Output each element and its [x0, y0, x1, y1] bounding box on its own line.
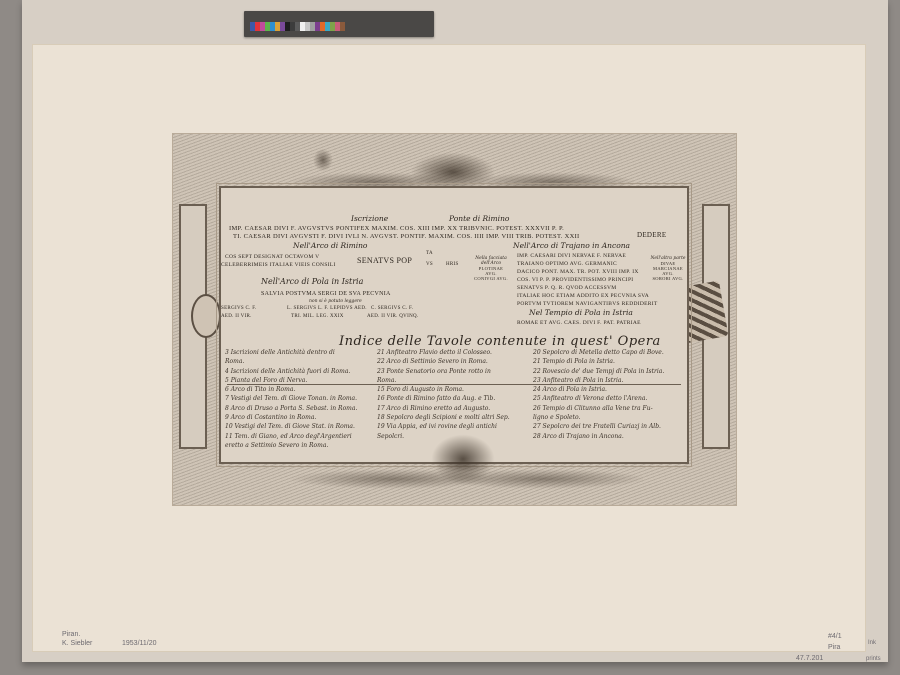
index-entry: 8 Arco di Druso a Porta S. Sebast. in Ro… [225, 404, 375, 413]
heading-arco-pola: Nell'Arco di Pola in Istria [261, 277, 363, 286]
pencil-note-2: K. Siebler [62, 640, 92, 647]
pencil-note-right-2: Pira [828, 644, 840, 651]
traiano-inscription: IMP. CAESARI DIVI NERVAE F. NERVAE TRAIA… [517, 252, 658, 308]
sergius-1b: AED. II VIR. [221, 314, 252, 319]
heading-arco-rimino: Nell'Arco di Rimino [293, 241, 367, 250]
index-entry: 21 Anfiteatro Flavio detto il Colosseo. [377, 348, 527, 357]
rimino-line-2: CELEBERRIMEIS ITALIAE VIEIS CONSILI [221, 262, 336, 268]
portrait-medallion-icon [191, 294, 221, 338]
color-swatches [250, 22, 345, 31]
index-entry: 4 Iscrizioni delle Antichità fuori di Ro… [225, 367, 375, 376]
etching-plate: Iscrizione Ponte di Rimino IMP. CAESAR D… [172, 133, 737, 506]
index-entry: 21 Tempio di Pola in Istria. [533, 357, 683, 366]
color-calibration-target [244, 11, 434, 37]
pencil-note-1: Piran. [62, 631, 80, 638]
sergius-2a: L. SERGIVS L. F. LEPIDVS AED. [287, 306, 367, 311]
senatus-text: SENATVS POP [357, 256, 412, 265]
index-title: Indice delle Tavole contenute in quest' … [339, 334, 661, 349]
index-entry: 15 Foro di Augusto in Roma. [377, 385, 527, 394]
tempio-inscription: ROMAE ET AVG. CAES. DIVI F. PAT. PATRIAE [517, 320, 641, 326]
title-ponte-rimino: Ponte di Rimino [449, 214, 509, 223]
top-ornament-icon [253, 134, 663, 194]
side-note-left: Nella facciata dell'Arco PLOTINAE AVG. C… [471, 256, 511, 281]
pencil-note-right-1: #4/1 [828, 633, 842, 640]
index-entry: 23 Ponte Senatorio ora Ponte rotto in [377, 367, 527, 376]
index-entry: 6 Arco di Tito in Roma. [225, 385, 375, 394]
index-entry: 20 Sepolcro di Metella detto Capo di Bov… [533, 348, 683, 357]
edge-note-1: Ink [868, 640, 876, 646]
inscription-panel: Iscrizione Ponte di Rimino IMP. CAESAR D… [219, 186, 689, 464]
edge-note-2: prints [866, 656, 881, 662]
sergius-3a: C. SERGIVS C. F. [371, 306, 413, 311]
heading-tempio-pola: Nel Tempio di Pola in Istria [529, 308, 633, 317]
rimino-line-1: COS SEPT DESIGNAT OCTAVOM V [225, 254, 319, 260]
dedere-text: DEDERE [637, 231, 666, 239]
pola-inscription: SALVIA POSTVMA SERGI DE SVA PECVNIA [261, 291, 391, 297]
heading-arco-traiano: Nell'Arco di Trajano in Ancona [513, 241, 630, 250]
index-entry: 5 Pianta del Foro di Nerva. [225, 376, 375, 385]
index-entry: 24 Arco di Pola in Istria. [533, 385, 683, 394]
index-entry: 17 Arco di Rimino eretto ad Augusto. [377, 404, 527, 413]
accession-number-left: 1953/11/20 [122, 640, 157, 647]
index-entry: 27 Sepolcro dei tre Fratelli Curiazj in … [533, 422, 683, 431]
index-entry: 3 Iscrizioni delle Antichità dentro di [225, 348, 375, 357]
index-entry: Roma. [225, 357, 375, 366]
index-entry: 19 Via Appia, ed ivi rovine degli antich… [377, 422, 527, 431]
index-entry: 18 Sepolcro degli Scipioni e molti altri… [377, 413, 527, 422]
color-swatch [340, 22, 345, 31]
vs-text: VS [426, 262, 433, 267]
accession-number-right: 47.7.201 [796, 655, 823, 662]
bottom-acanthus-ornament-icon [273, 434, 643, 504]
index-column-2: 21 Anfiteatro Flavio detto il Colosseo. … [377, 348, 527, 441]
sergius-3b: AED. II VIR. QVINQ. [367, 314, 418, 319]
hris-text: HRIS [446, 262, 459, 267]
title-iscrizione: Iscrizione [351, 214, 388, 223]
index-entry: 26 Tempio di Clitunno alla Vene tra Fu- [533, 404, 683, 413]
index-entry: 10 Vestigi del Tem. di Giove Stat. in Ro… [225, 422, 375, 431]
inscription-line-1: IMP. CAESAR DIVI F. AVGVSTVS PONTIFEX MA… [229, 225, 564, 232]
index-entry: 9 Arco di Costantino in Roma. [225, 413, 375, 422]
index-entry: 16 Ponte di Rimino fatto da Aug. e Tib. [377, 394, 527, 403]
sergius-1a: SERGIVS C. F. [221, 306, 256, 311]
index-entry: 22 Rovescio de' due Tempj di Pola in Ist… [533, 367, 683, 376]
sergius-2b: TRI. MIL. LEG. XXIX [291, 314, 344, 319]
index-entry: 7 Vestigi del Tem. di Giove Tonan. in Ro… [225, 394, 375, 403]
side-note-right: Nell'altra parte DIVAE MARCIANAE AVG. SO… [647, 256, 689, 281]
index-entry: 23 Anfiteatro di Pola in Istria. [533, 376, 683, 385]
ta-text: TA [426, 251, 433, 256]
index-column-3: 20 Sepolcro di Metella detto Capo di Bov… [533, 348, 683, 441]
pola-note: non si è potuto leggere [309, 299, 362, 304]
index-entry: Roma. [377, 376, 527, 385]
inscription-line-2: TI. CAESAR DIVI AVGVSTI F. DIVI IVLI N. … [233, 233, 580, 240]
index-entry: ligno e Spoleto. [533, 413, 683, 422]
index-entry: 25 Anfiteatro di Verona detto l'Arena. [533, 394, 683, 403]
index-entry: 22 Arco di Settimio Severo in Roma. [377, 357, 527, 366]
